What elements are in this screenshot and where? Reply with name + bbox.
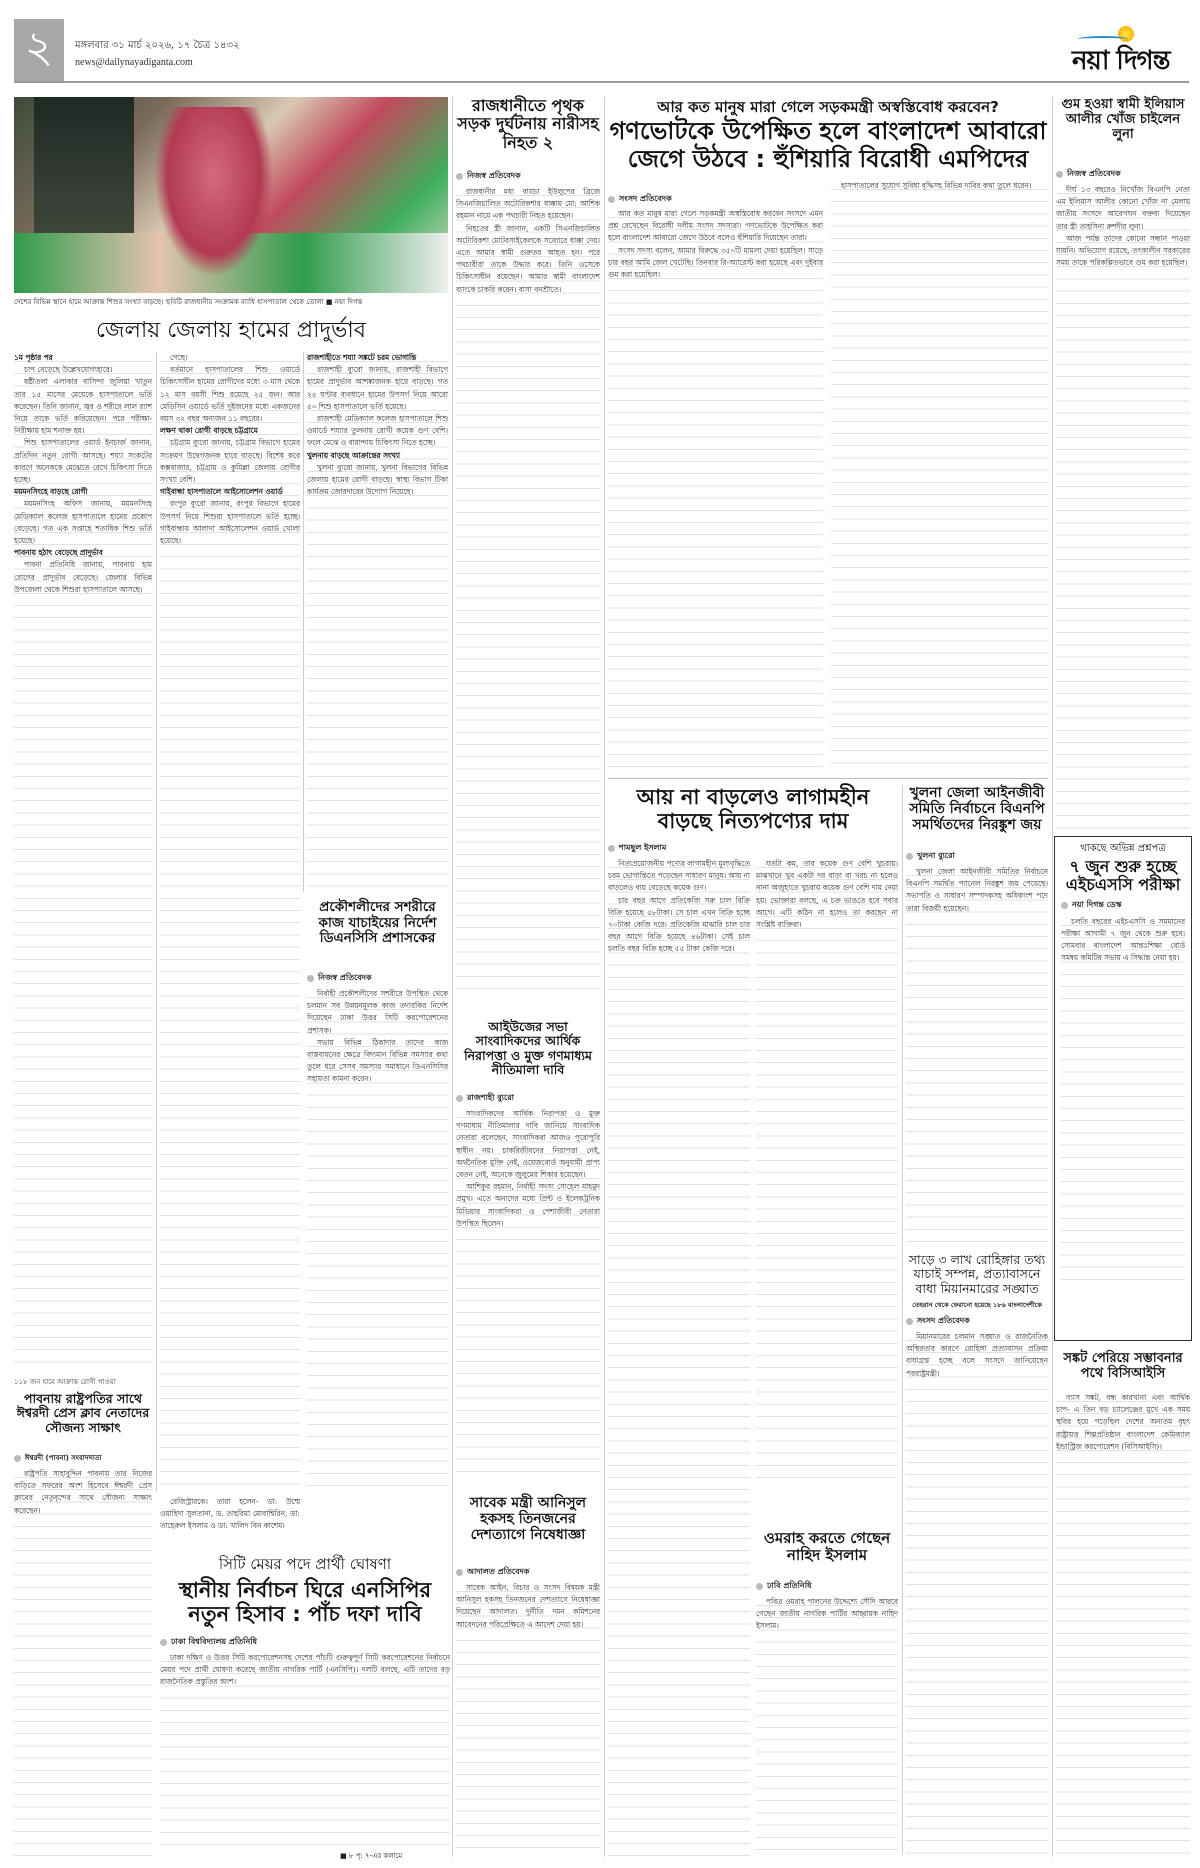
- bcic-body: গ্যাস সঙ্কট, বন্ধ কারখানা এবং আর্থিক চাপ…: [1056, 1392, 1190, 1856]
- ncp-kicker: সিটি মেয়র পদে প্রার্থী ঘোষণা: [160, 1555, 450, 1573]
- bullet-icon: [307, 975, 314, 982]
- journalists-headline: আইউজের সভা সাংবাদিকদের আর্থিক নিরাপত্তা …: [456, 1020, 600, 1078]
- column-divider: [303, 352, 304, 892]
- lead-body-col-2: হাসপাতালের সুযোগ সুবিধা বৃদ্ধিসহ বিভিন্ন…: [831, 180, 1048, 770]
- section-divider: [608, 778, 1048, 779]
- khulna-body: খুলনা জেলা আইনজীবী সমিতির নির্বাচনে বিএন…: [906, 866, 1048, 1246]
- lead-headline: গণভোটকে উপেক্ষিত হলে বাংলাদেশ আবারো জেগে…: [608, 118, 1048, 173]
- anisul-body: সাবেক আইন, বিচার ও সংসদ বিষয়ক মন্ত্রী আ…: [456, 1582, 600, 1852]
- rohingya-headline: সাড়ে ৩ লাখ রোহিঙ্গার তথ্য যাচাই সম্পন্ন…: [906, 1253, 1048, 1296]
- road-accident-body: রাজধানীর মধ্য বাড্ডা ইউলুপের ব্রিজে সিএন…: [456, 186, 600, 996]
- measles-photo: [14, 97, 448, 293]
- bullet-icon: [456, 173, 463, 180]
- bullet-icon: [608, 845, 615, 852]
- khulna-headline: খুলনা জেলা আইনজীবী সমিতি নির্বাচনে বিএনপ…: [906, 785, 1048, 833]
- header-divider: [14, 81, 1189, 83]
- measles-col-3: রাজশাহীতে শয্যা সঙ্কটে চরম ভোগান্তি রাজশ…: [307, 352, 448, 892]
- umrah-headline: ওমরাহ করতে গেছেন নাহিদ ইসলাম: [756, 1530, 898, 1565]
- prices-body-col-2: যতটা কম, তার কয়েক গুণ বেশি খুচরায়। মাঝ…: [756, 858, 898, 1478]
- president-headline: পাবনায় রাষ্ট্রপতির সাথে ঈশ্বরদী প্রেস ক…: [14, 1392, 152, 1435]
- measles-col-2: গেছে। বর্তমানে হাসপাতালের শিশু ওয়ার্ডে …: [160, 352, 300, 1492]
- column-divider: [452, 97, 453, 1857]
- ncp-continued-link[interactable]: ■ ৮ পৃ: ৭-এর কলামে: [340, 1850, 402, 1862]
- prices-byline: শামছুল ইসলাম: [608, 842, 666, 855]
- hsc-kicker: থাকছে অভিন্ন প্রশ্নপত্র: [1061, 843, 1185, 855]
- luna-headline: গুম হওয়া স্বামী ইলিয়াস আলীর খোঁজ চাইলে…: [1056, 98, 1190, 143]
- measles-col-1: ১ম পৃষ্ঠার পর চাপ বেড়েছে উল্লেখযোগ্যহার…: [14, 352, 152, 1372]
- luna-byline: নিজস্ব প্রতিবেদক: [1056, 168, 1121, 181]
- lead-kicker: আর কত মানুষ মারা গেলে সড়কমন্ত্রী অস্বস্…: [608, 98, 1048, 116]
- rohingya-body: মিয়ানমারের চলমান সঙ্ঘাত ও রাজনৈতিক অস্থ…: [906, 1331, 1048, 1856]
- bullet-icon: [456, 1095, 463, 1102]
- bullet-icon: [1056, 171, 1063, 178]
- bullet-icon: [906, 1318, 913, 1325]
- measles-col-1-tail: ১১৮ জন হামে আক্রান্ত রোগী পাওয়া: [14, 1376, 152, 1388]
- doctors-text: রেজিস্ট্রারকে। তারা হলেন- ডা: উম্মে ওয়া…: [160, 1496, 300, 1546]
- prices-body-col-1: নিত্যপ্রয়োজনীয় পণ্যের লাগামহীন মূল্যবৃ…: [608, 858, 750, 1858]
- page-number: ২: [14, 19, 64, 81]
- road-accident-byline: নিজস্ব প্রতিবেদক: [456, 170, 521, 183]
- ncp-body: ঢাকা দক্ষিণ ও উত্তর সিটি করপোরেশনসহ দেশে…: [160, 1652, 450, 1848]
- hsc-box: থাকছে অভিন্ন প্রশ্নপত্র ৭ জুন শুরু হচ্ছে…: [1054, 836, 1192, 1341]
- bullet-icon: [906, 853, 913, 860]
- journalists-body: সাংবাদিকদের আর্থিক নিরাপত্তা ও মুক্ত গণম…: [456, 1108, 600, 1483]
- dncc-body: নির্বাহী প্রকৌশলীদের সশরীরে উপস্থিত থেকে…: [307, 988, 448, 1488]
- column-divider: [604, 97, 605, 1857]
- rohingya-subhead: তেহরান থেকে ফেরানো হয়েছে ১৮৬ বাংলাদেশীক…: [906, 1300, 1048, 1311]
- dncc-byline: নিজস্ব প্রতিবেদক: [307, 972, 372, 985]
- luna-body: দীর্ঘ ১৩ বছরেও নিখোঁজ বিএনপি নেতা এম ইলি…: [1056, 184, 1190, 830]
- road-accident-headline: রাজধানীতে পৃথক সড়ক দুর্ঘটনায় নারীসহ নি…: [456, 97, 600, 152]
- bullet-icon: [14, 1455, 21, 1462]
- anisul-headline: সাবেক মন্ত্রী আনিসুল হকসহ তিনজনের দেশত্য…: [456, 1495, 600, 1543]
- bullet-icon: [608, 196, 615, 203]
- bcic-headline: সঙ্কট পেরিয়ে সম্ভাবনার পথে বিসিআইসি: [1056, 1352, 1190, 1382]
- bullet-icon: [1061, 902, 1068, 909]
- column-divider: [902, 785, 903, 1855]
- lead-body-col-1: আর কত মানুষ মারা গেলে সড়কমন্ত্রী অস্বস্…: [608, 208, 823, 768]
- contact-email[interactable]: news@dailynayadiganta.com: [75, 57, 193, 68]
- umrah-byline: ঢাবি প্রতিনিধি: [756, 1580, 811, 1593]
- president-body: রাষ্ট্রপতি সাহাবুদ্দিন পাবনায় তার নিজের…: [14, 1468, 152, 1858]
- column-divider: [156, 352, 157, 1492]
- measles-headline: জেলায় জেলায় হামের প্রাদুর্ভাব: [14, 318, 448, 343]
- anisul-byline: আদালত প্রতিবেদক: [456, 1566, 529, 1579]
- hsc-body: চলতি বছরের এইচএসসি ও সমমানের পরীক্ষা আগা…: [1061, 916, 1185, 1286]
- dncc-headline: প্রকৌশলীদের সশরীরে কাজ যাচাইয়ের নির্দেশ…: [307, 900, 448, 947]
- lead-byline: সংসদ প্রতিবেদক: [608, 193, 672, 206]
- prices-headline: আয় না বাড়লেও লাগামহীন বাড়ছে নিত্যপণ্য…: [608, 785, 898, 833]
- ncp-headline: স্থানীয় নির্বাচন ঘিরে এনসিপির নতুন হিসা…: [160, 1578, 450, 1626]
- column-divider: [1052, 97, 1053, 1857]
- bullet-icon: [160, 1639, 167, 1646]
- ncp-byline: ঢাকা বিশ্ববিদ্যালয় প্রতিনিধি: [160, 1636, 257, 1649]
- bullet-icon: [756, 1583, 763, 1590]
- hsc-byline: নয়া দিগন্ত ডেস্ক: [1061, 899, 1185, 912]
- khulna-byline: খুলনা ব্যুরো: [906, 850, 955, 863]
- hsc-headline: ৭ জুন শুরু হচ্ছে এইচএসসি পরীক্ষা: [1061, 858, 1185, 895]
- umrah-body: পবিত্র ওমরাহ পালনের উদ্দেশ্যে সৌদি আরবে …: [756, 1596, 898, 1856]
- president-byline: ঈশ্বরদী (পাবনা) সংবাদদাতা: [14, 1452, 102, 1464]
- newspaper-logo[interactable]: নয়া দিগন্ত: [1072, 24, 1182, 74]
- bullet-icon: [456, 1569, 463, 1576]
- photo-caption: দেশের বিভিন্ন স্থানে হামে আক্রান্ত শিশুর…: [14, 296, 448, 308]
- journalists-byline: রাজশাহী ব্যুরো: [456, 1092, 514, 1105]
- edition-date: মঙ্গলবার ৩১ মার্চ ২০২৬, ১৭ চৈত্র ১৪৩২: [75, 38, 239, 55]
- rohingya-byline: সংসদ প্রতিবেদক: [906, 1315, 970, 1328]
